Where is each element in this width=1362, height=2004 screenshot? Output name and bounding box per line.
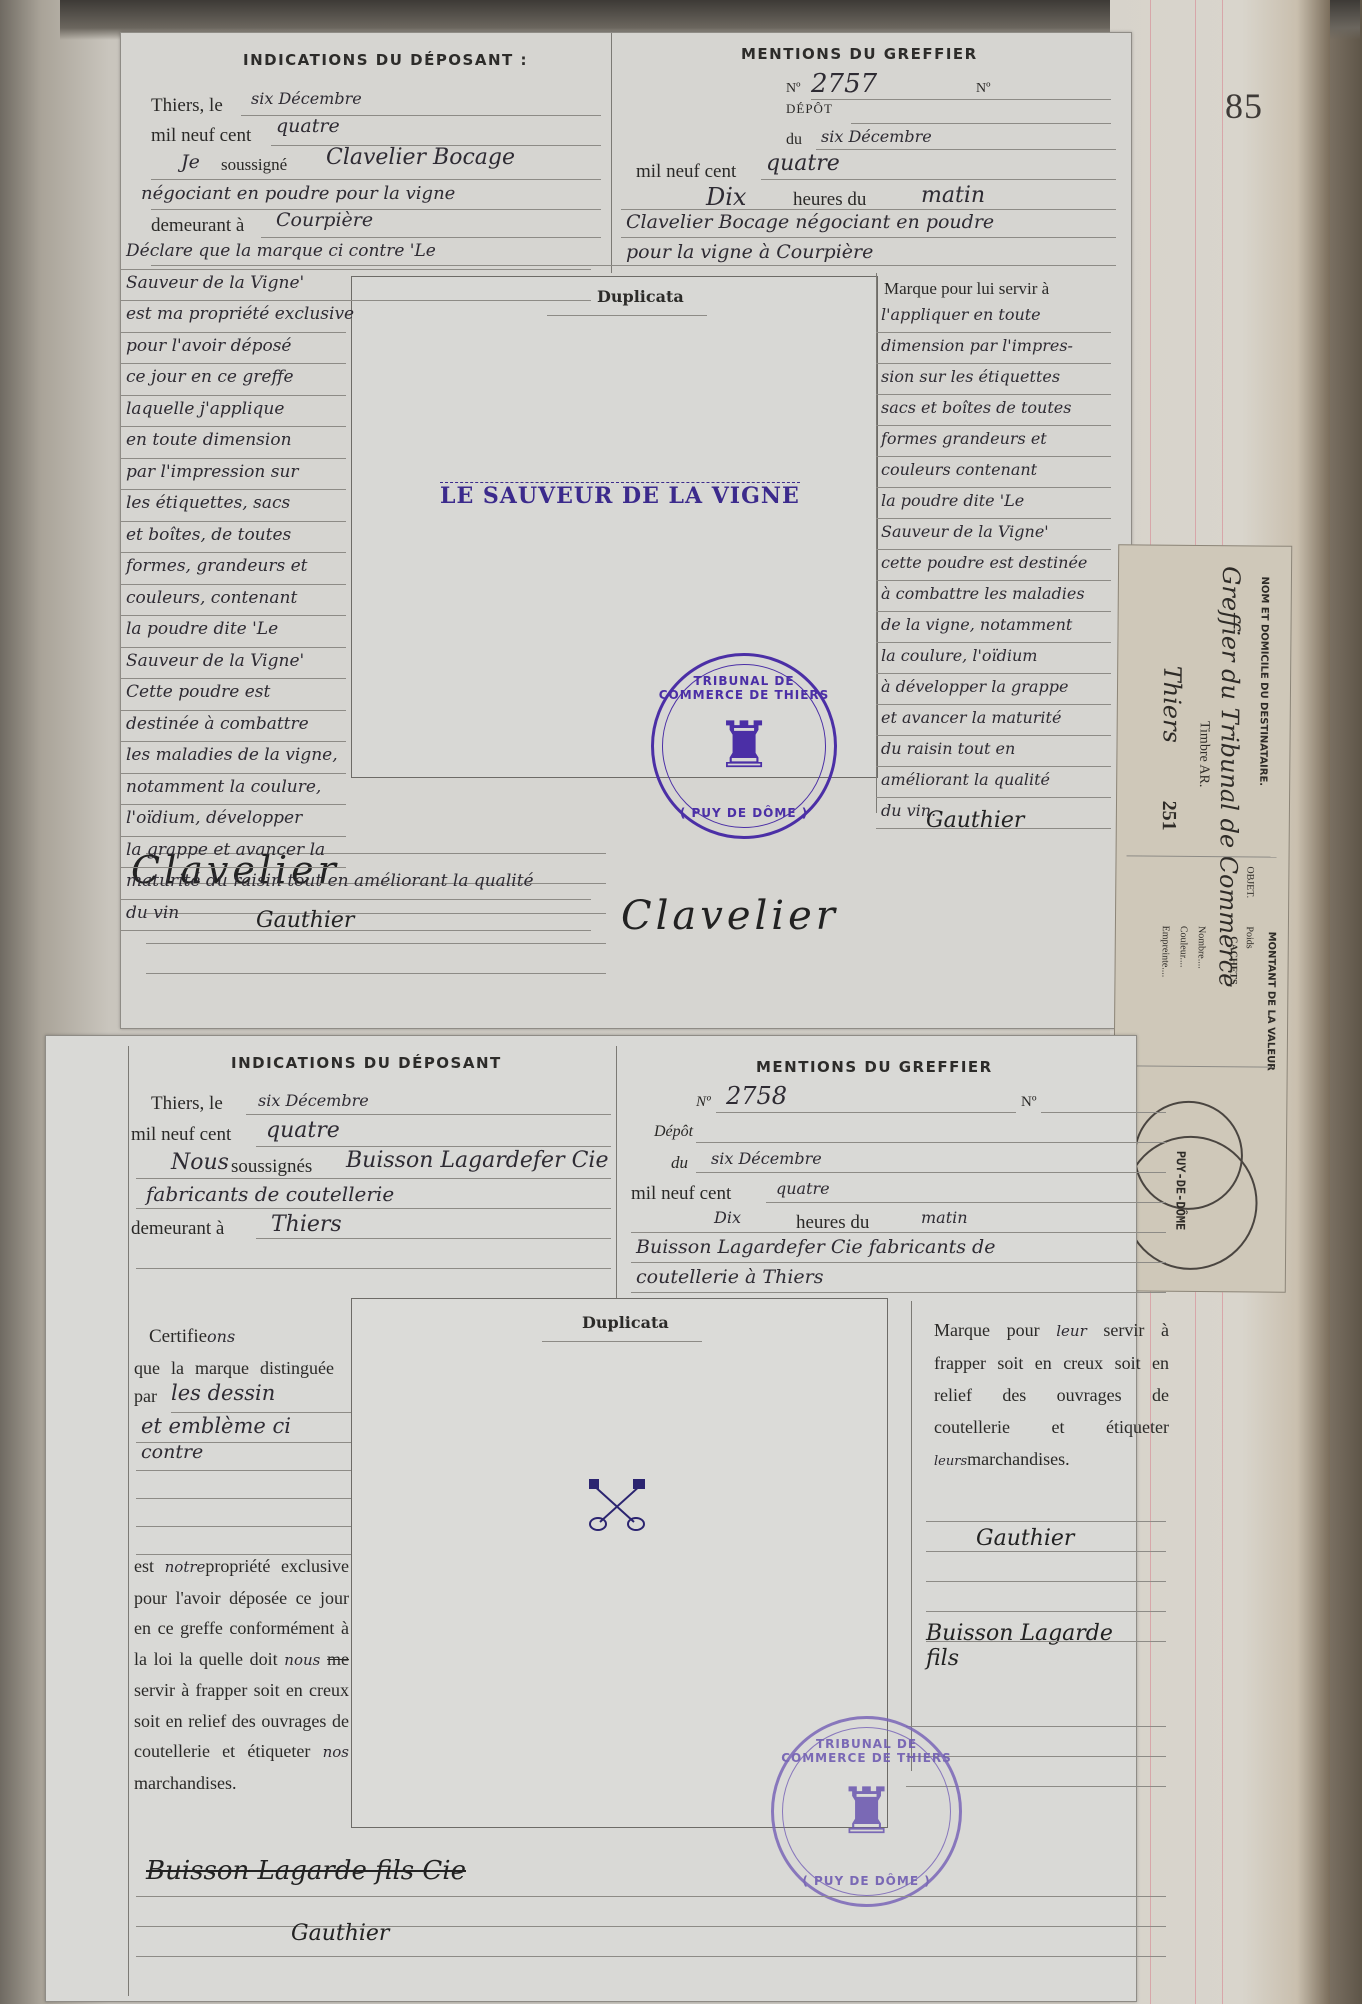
residence-label: demeurant à	[151, 215, 244, 237]
rule	[1127, 855, 1277, 857]
undersigned-label: soussigné	[221, 155, 287, 175]
certify-printed: Certifieons	[149, 1326, 235, 1348]
left-margin-line	[128, 1046, 129, 1996]
registrar-depositor-line-1: Clavelier Bocage négociant en poudre	[626, 211, 994, 233]
seal-bottom-text: ( PUY DE DÔME )	[774, 1874, 959, 1888]
residence-value: Thiers	[271, 1212, 342, 1237]
postal-stamp-number: 251	[1157, 801, 1180, 831]
rule	[121, 489, 346, 490]
rule	[906, 1726, 1166, 1727]
handwritten-line: sacs et boîtes de toutes	[881, 398, 1071, 417]
rule	[876, 487, 1111, 488]
usage-depositor-signature: Buisson Lagarde fils	[926, 1621, 1136, 1671]
rule	[136, 1956, 1166, 1957]
du-label: du	[671, 1153, 688, 1173]
rule	[246, 1114, 611, 1115]
rule	[816, 149, 1116, 150]
rule	[811, 99, 1111, 100]
postal-receipt-slip: NOM ET DOMICILE DU DESTINATAIRE. Greffie…	[1112, 544, 1293, 1292]
rule	[151, 265, 1116, 266]
registrar-signature: Gauthier	[291, 1921, 389, 1946]
handwritten-line: Sauveur de la Vigne'	[126, 273, 304, 293]
rule	[121, 773, 346, 774]
page-number: 85	[1225, 85, 1263, 127]
usage-printed-1: Marque pour	[934, 1320, 1040, 1340]
hour-value: Dix	[706, 183, 746, 211]
handwritten-line: de la vigne, notamment	[881, 615, 1072, 634]
postal-field-imprint: Empreinte....	[1159, 926, 1170, 978]
rule	[716, 1112, 1016, 1113]
rule	[876, 363, 1111, 364]
handwritten-line: destinée à combattre	[126, 714, 309, 734]
usage-hand-leur: leur	[1056, 1322, 1087, 1340]
registrar-depositor-line-1: Buisson Lagardefer Cie fabricants de	[636, 1236, 995, 1258]
rule	[876, 518, 1111, 519]
du-value: six Décembre	[821, 127, 932, 146]
rule	[151, 179, 601, 180]
rule	[121, 395, 346, 396]
postal-header: NOM ET DOMICILE DU DESTINATAIRE.	[1257, 576, 1270, 786]
no-label-2: Nº	[1021, 1094, 1036, 1111]
rule	[876, 642, 1111, 643]
handwritten-line: Sauveur de la Vigne'	[881, 522, 1049, 541]
certify-hand-line-3: contre	[141, 1441, 203, 1463]
rule	[136, 1268, 611, 1269]
rule	[121, 363, 346, 364]
rule	[136, 1470, 371, 1471]
tribunal-seal: TRIBUNAL DE COMMERCE DE THIERS ♜ ( PUY D…	[771, 1716, 962, 1907]
year-value: quatre	[276, 115, 340, 137]
place-value: six Décembre	[258, 1091, 369, 1110]
year-label: mil neuf cent	[131, 1124, 231, 1146]
column-divider	[876, 273, 877, 813]
rule	[146, 913, 606, 914]
hour-label: heures du	[796, 1212, 869, 1234]
residence-value: Courpière	[276, 209, 373, 231]
certify-hand-line-1: les dessin	[171, 1381, 275, 1405]
postal-footer: MONTANT DE LA VALEUR	[1265, 932, 1277, 1071]
registrar-year-value: quatre	[766, 151, 840, 176]
top-deposit-form: INDICATIONS DU DÉPOSANT : MENTIONS DU GR…	[120, 32, 1132, 1029]
property-struck-me: me	[327, 1649, 349, 1669]
column-divider	[911, 1301, 912, 1771]
seated-figure-icon: ♜	[715, 709, 772, 783]
rule	[621, 237, 1116, 238]
handwritten-line: par l'impression sur	[126, 462, 299, 482]
handwritten-line: formes grandeurs et	[881, 429, 1047, 448]
handwritten-line: Cette poudre est	[126, 682, 270, 702]
rule	[876, 797, 1111, 798]
depot-label: DÉPÔT	[786, 101, 833, 117]
property-hand-notre: notre	[165, 1558, 206, 1576]
handwritten-line: à combattre les maladies	[881, 584, 1085, 603]
no-label: Nº	[786, 81, 800, 97]
rule	[121, 552, 346, 553]
registrar-year-label: mil neuf cent	[636, 161, 736, 183]
rule	[121, 521, 346, 522]
handwritten-line: la grappe et avancer la	[126, 840, 325, 860]
usage-printed-3: marchandises.	[967, 1449, 1069, 1469]
rule	[876, 766, 1111, 767]
handwritten-line: en toute dimension	[126, 430, 292, 450]
rule	[876, 735, 1111, 736]
rule	[171, 1412, 371, 1413]
undersigned-prefix: Nous	[171, 1150, 229, 1175]
rule	[136, 1498, 371, 1499]
handwritten-line: la coulure, l'oïdium	[881, 646, 1037, 665]
property-hand-nos: nos	[323, 1743, 349, 1761]
rule	[547, 315, 707, 316]
handwritten-line: couleurs contenant	[881, 460, 1037, 479]
usage-hand-leurs: leurs	[934, 1454, 967, 1469]
rule	[121, 458, 346, 459]
residence-label: demeurant à	[131, 1218, 224, 1240]
hour-value: Dix	[714, 1208, 741, 1227]
rule	[146, 973, 606, 974]
postal-field-object: OBJET.	[1244, 866, 1255, 898]
handwritten-line: cette poudre est destinée	[881, 553, 1087, 572]
handwritten-line: améliorant la qualité	[881, 770, 1050, 789]
postal-city: Thiers	[1158, 666, 1187, 743]
deposit-number: 2758	[726, 1082, 787, 1110]
seal-top-text: TRIBUNAL DE COMMERCE DE THIERS	[774, 1737, 959, 1765]
postal-field-number: Nombre....	[1196, 926, 1207, 969]
rule	[876, 673, 1111, 674]
rule	[136, 1208, 611, 1209]
depositor-signature: Buisson Lagarde fils Cie	[146, 1856, 466, 1886]
rule	[136, 1178, 611, 1179]
property-servir: servir à frapper soit en creux soit en r…	[134, 1680, 349, 1761]
usage-registrar-signature: Gauthier	[926, 808, 1024, 833]
handwritten-line: laquelle j'applique	[126, 399, 284, 419]
depositor-signature-2: Clavelier	[621, 893, 839, 939]
registrar-depositor-line-2: pour la vigne à Courpière	[626, 241, 873, 263]
du-value: six Décembre	[711, 1149, 822, 1168]
handwritten-line: la poudre dite 'Le	[126, 619, 278, 639]
postal-field-color: Couleur....	[1178, 926, 1189, 968]
deposit-number: 2757	[811, 69, 877, 99]
rule	[542, 1341, 702, 1342]
column-divider	[616, 1046, 617, 1301]
year-value: quatre	[266, 1118, 340, 1143]
property-end: marchandises.	[134, 1773, 236, 1793]
period-value: matin	[921, 1208, 968, 1227]
rule	[926, 1641, 1166, 1642]
hour-label: heures du	[793, 189, 866, 211]
rule	[876, 611, 1111, 612]
handwritten-line: l'oïdium, développer	[126, 808, 302, 828]
rule	[1041, 1112, 1166, 1113]
rule	[631, 1292, 1166, 1293]
rule	[146, 943, 606, 944]
handwritten-line: est ma propriété exclusive	[126, 304, 354, 324]
column-divider	[611, 33, 612, 273]
rule	[876, 828, 1111, 829]
rule	[121, 867, 346, 868]
handwritten-line: notamment la coulure,	[126, 777, 321, 797]
rule	[876, 704, 1111, 705]
rule	[876, 332, 1111, 333]
rule	[121, 710, 346, 711]
undersigned-prefix: Je	[181, 151, 200, 173]
right-header: MENTIONS DU GREFFIER	[741, 45, 978, 63]
handwritten-line: et avancer la maturité	[881, 708, 1061, 727]
property-est: est	[134, 1556, 154, 1576]
rule	[136, 1526, 371, 1527]
rule	[926, 1581, 1166, 1582]
usage-printed-label: Marque pour lui servir à	[884, 279, 1049, 299]
rule	[696, 1142, 1166, 1143]
rule	[876, 394, 1111, 395]
right-header: MENTIONS DU GREFFIER	[756, 1058, 993, 1076]
place-label: Thiers, le	[151, 1093, 223, 1115]
handwritten-line: formes, grandeurs et	[126, 556, 308, 576]
undersigned-label: soussignés	[231, 1156, 312, 1178]
no-label-2: Nº	[976, 81, 990, 97]
property-laquelle: la quelle doit	[179, 1649, 277, 1669]
handwritten-line: les maladies de la vigne,	[126, 745, 338, 765]
rule	[121, 678, 346, 679]
no-label: Nº	[696, 1094, 711, 1111]
handwritten-line: du raisin tout en	[881, 739, 1015, 758]
rule	[926, 1611, 1166, 1612]
rule	[696, 1172, 1166, 1173]
rule	[121, 300, 591, 301]
rule	[121, 930, 591, 931]
postmark-text: PUY-DE-DÔME	[1173, 1151, 1188, 1231]
rule	[121, 804, 346, 805]
rule	[876, 549, 1111, 550]
rule	[121, 836, 346, 837]
seal-top-text: TRIBUNAL DE COMMERCE DE THIERS	[654, 674, 834, 702]
handwritten-line: et boîtes, de toutes	[126, 525, 291, 545]
handwritten-line: pour l'avoir déposé	[126, 336, 292, 356]
certify-hand: ons	[207, 1327, 235, 1346]
rule	[121, 584, 346, 585]
profession-value: fabricants de coutellerie	[146, 1182, 394, 1206]
rule	[1125, 1065, 1275, 1067]
place-value: six Décembre	[251, 89, 362, 108]
profession-value: négociant en poudre pour la vigne	[141, 183, 455, 204]
rule	[121, 426, 346, 427]
rule	[256, 1238, 611, 1239]
depot-label: Dépôt	[654, 1123, 693, 1141]
rule	[261, 237, 601, 238]
rule	[121, 615, 346, 616]
handwritten-line: ce jour en ce greffe	[126, 367, 294, 387]
handwritten-line: l'appliquer en toute	[881, 305, 1041, 324]
rule	[851, 123, 1111, 124]
postal-field-seals: CACHETS.	[1227, 936, 1238, 987]
rule	[876, 580, 1111, 581]
rule	[121, 647, 346, 648]
rule	[876, 456, 1111, 457]
left-header: INDICATIONS DU DÉPOSANT :	[243, 51, 528, 69]
certify-word: Certifie	[149, 1326, 207, 1347]
crossed-keys-icon	[582, 1474, 652, 1534]
rule	[121, 741, 346, 742]
handwritten-line: couleurs, contenant	[126, 588, 297, 608]
property-hand-nous: nous	[284, 1651, 320, 1669]
undersigned-value: Buisson Lagardefer Cie	[346, 1148, 608, 1173]
usage-text: Marque pour leur servir à frapper soit e…	[934, 1314, 1169, 1478]
duplicata-title: Duplicata	[597, 287, 684, 306]
usage-registrar-signature: Gauthier	[976, 1526, 1074, 1551]
handwritten-line: les étiquettes, sacs	[126, 493, 290, 513]
handwritten-line: à développer la grappe	[881, 677, 1068, 696]
rule	[926, 1521, 1166, 1522]
postal-recipient: Greffier du Tribunal de Commerce	[1213, 566, 1245, 987]
handwritten-line: sion sur les étiquettes	[881, 367, 1060, 386]
registrar-depositor-line-2: coutellerie à Thiers	[636, 1266, 823, 1288]
rule	[121, 899, 591, 900]
place-label: Thiers, le	[151, 95, 223, 117]
rule	[761, 179, 1116, 180]
rule	[621, 209, 1116, 210]
bottom-deposit-form: INDICATIONS DU DÉPOSANT MENTIONS DU GREF…	[45, 1035, 1137, 2002]
seated-figure-icon: ♜	[838, 1775, 895, 1849]
handwritten-line: la poudre dite 'Le	[881, 491, 1024, 510]
seal-bottom-text: ( PUY DE DÔME )	[654, 806, 834, 820]
tribunal-seal: TRIBUNAL DE COMMERCE DE THIERS ♜ ( PUY D…	[651, 653, 837, 839]
trademark-stamp: LE SAUVEUR DE LA VIGNE	[440, 482, 800, 509]
rule	[151, 209, 601, 210]
rule	[121, 332, 346, 333]
period-value: matin	[921, 183, 985, 208]
handwritten-line: du vin.	[881, 801, 936, 820]
left-header: INDICATIONS DU DÉPOSANT	[231, 1054, 502, 1072]
registrar-year-value: quatre	[776, 1179, 830, 1198]
handwritten-line: Sauveur de la Vigne'	[126, 651, 304, 671]
rule	[766, 1202, 1166, 1203]
rule	[121, 269, 591, 270]
handwritten-line: Déclare que la marque ci contre 'Le	[126, 241, 436, 261]
rule	[876, 425, 1111, 426]
rule	[631, 1232, 1166, 1233]
property-text: est notrepropriété exclusive pour l'avoi…	[134, 1551, 349, 1798]
rule	[631, 1262, 1166, 1263]
registrar-year-label: mil neuf cent	[631, 1183, 731, 1205]
handwritten-line: maturité du raisin tout en améliorant la…	[126, 871, 534, 891]
du-label: du	[786, 131, 802, 149]
rule	[256, 1146, 611, 1147]
rule	[926, 1551, 1166, 1552]
rule	[136, 1896, 1166, 1897]
postal-stamp-label: Timbre AR.	[1195, 721, 1212, 788]
year-label: mil neuf cent	[151, 125, 251, 147]
handwritten-line: du vin	[126, 903, 179, 923]
undersigned-value: Clavelier Bocage	[326, 145, 515, 170]
postal-field-weight: Poids	[1244, 926, 1255, 948]
certify-hand-line-2: et emblème ci	[141, 1414, 291, 1438]
duplicata-title: Duplicata	[582, 1313, 669, 1332]
handwritten-line: dimension par l'impres-	[881, 336, 1073, 355]
